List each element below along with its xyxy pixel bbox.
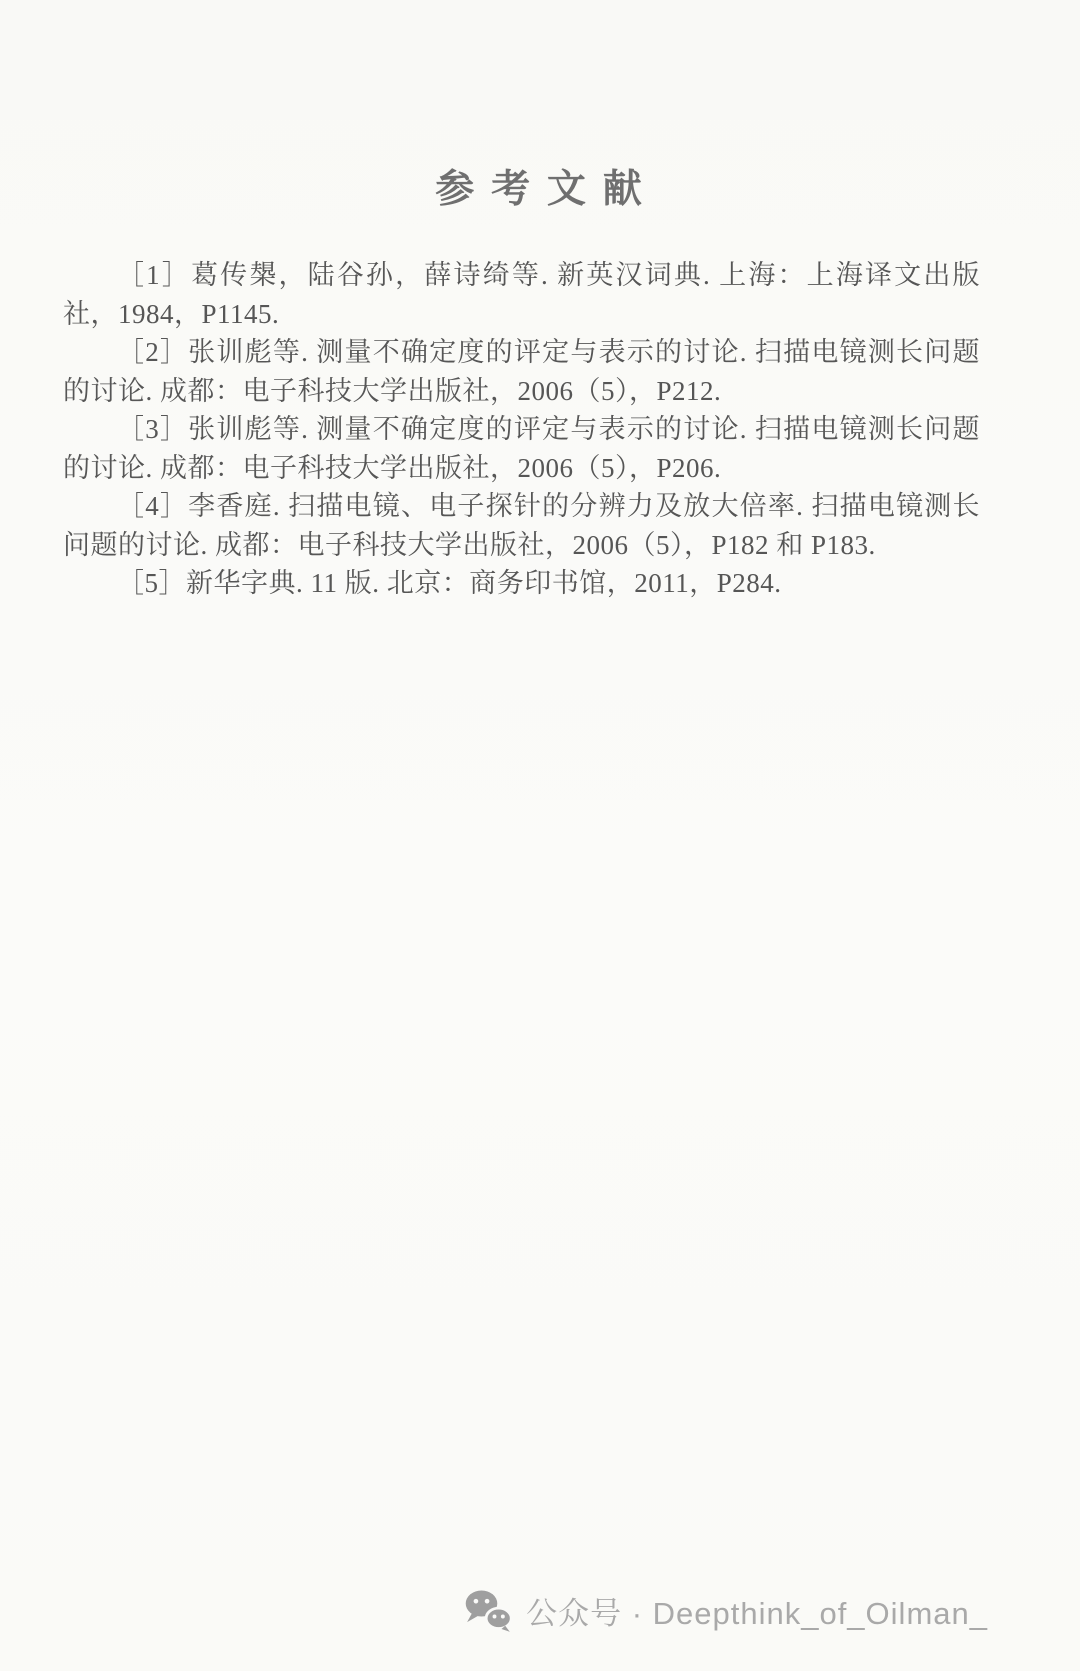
reference-item: ［4］李香庭. 扫描电镜、电子探针的分辨力及放大倍率. 扫描电镜测长问题的讨论.…: [63, 487, 980, 564]
references-list: ［1］葛传槼，陆谷孙，薛诗绮等. 新英汉词典. 上海：上海译文出版社，1984，…: [0, 256, 1080, 603]
watermark: 公众号 · Deepthink_of_Oilman_: [462, 1587, 988, 1633]
wechat-icon: [462, 1587, 514, 1633]
reference-item: ［1］葛传槼，陆谷孙，薛诗绮等. 新英汉词典. 上海：上海译文出版社，1984，…: [63, 256, 980, 333]
document-page: 参 考 文 献 ［1］葛传槼，陆谷孙，薛诗绮等. 新英汉词典. 上海：上海译文出…: [0, 0, 1080, 1671]
reference-item: ［3］张训彪等. 测量不确定度的评定与表示的讨论. 扫描电镜测长问题的讨论. 成…: [63, 410, 980, 487]
reference-item: ［2］张训彪等. 测量不确定度的评定与表示的讨论. 扫描电镜测长问题的讨论. 成…: [63, 333, 980, 410]
page-title: 参 考 文 献: [0, 0, 1080, 214]
watermark-text: 公众号 · Deepthink_of_Oilman_: [526, 1588, 988, 1633]
reference-item: ［5］新华字典. 11 版. 北京：商务印书馆，2011，P284.: [63, 564, 980, 603]
